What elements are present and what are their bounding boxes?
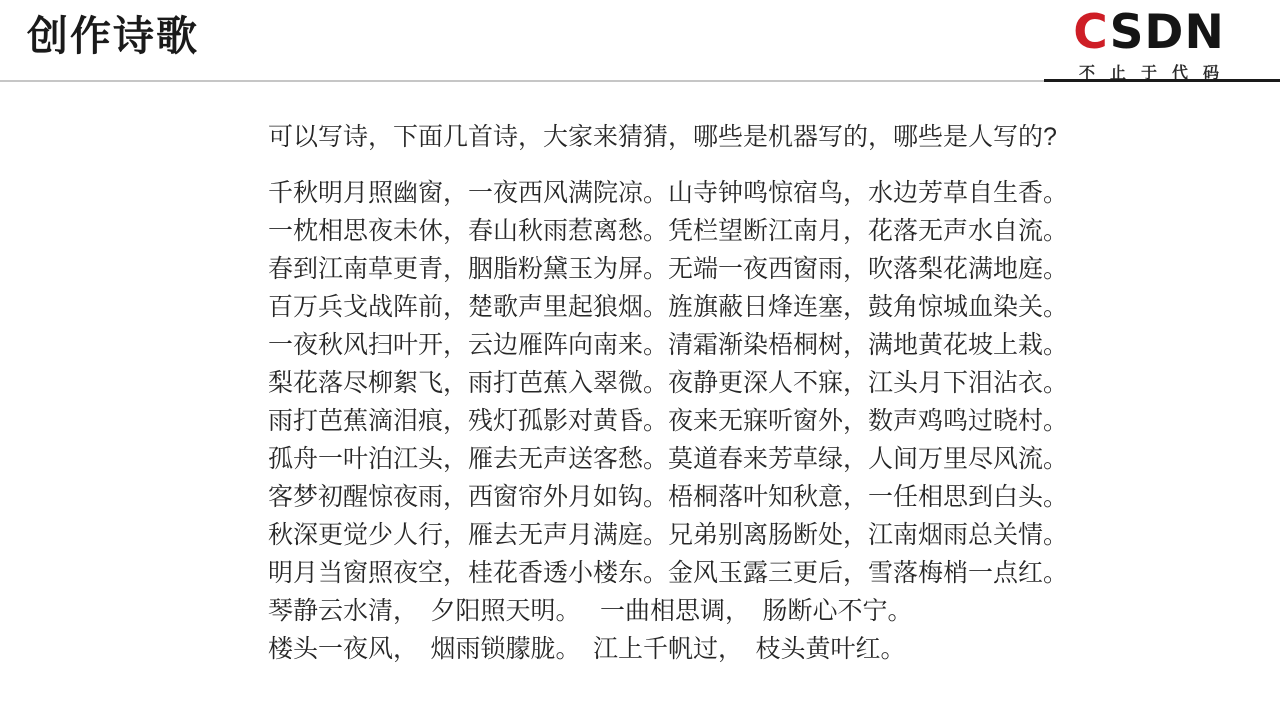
slide: 创作诗歌 CSDN 不止于代码 可以写诗，下面几首诗，大家来猜猜，哪些是机器写的… [0,0,1280,719]
page-title: 创作诗歌 [27,14,199,59]
poem-line: 孤舟一叶泊江头，雁去无声送客愁。莫道春来芳草绿，人间万里尽风流。 [268,440,1028,478]
csdn-logo-sdn-letters: SDN [1110,5,1225,60]
logo-underline [1044,79,1280,82]
poem-line: 秋深更觉少人行，雁去无声月满庭。兄弟别离肠断处，江南烟雨总关情。 [268,516,1028,554]
poem-line: 千秋明月照幽窗，一夜西风满院凉。山寺钟鸣惊宿鸟，水边芳草自生香。 [268,174,1028,212]
poem-line: 楼头一夜风， 烟雨锁朦胧。 江上千帆过， 枝头黄叶红。 [268,630,1028,668]
poem-block: 千秋明月照幽窗，一夜西风满院凉。山寺钟鸣惊宿鸟，水边芳草自生香。 一枕相思夜未休… [268,174,1028,668]
csdn-logo: CSDN 不止于代码 [1044,8,1254,83]
intro-text: 可以写诗，下面几首诗，大家来猜猜，哪些是机器写的，哪些是人写的? [268,118,1028,156]
poem-line: 梨花落尽柳絮飞，雨打芭蕉入翠微。夜静更深人不寐，江头月下泪沾衣。 [268,364,1028,402]
poem-line: 一枕相思夜未休，春山秋雨惹离愁。凭栏望断江南月，花落无声水自流。 [268,212,1028,250]
csdn-wordmark: CSDN [1044,8,1254,57]
poem-line: 一夜秋风扫叶开，云边雁阵向南来。清霜渐染梧桐树，满地黄花坡上栽。 [268,326,1028,364]
poem-line: 春到江南草更青，胭脂粉黛玉为屏。无端一夜西窗雨，吹落梨花满地庭。 [268,250,1028,288]
poem-line: 百万兵戈战阵前，楚歌声里起狼烟。旌旗蔽日烽连塞，鼓角惊城血染关。 [268,288,1028,326]
poem-line: 客梦初醒惊夜雨，西窗帘外月如钩。梧桐落叶知秋意，一任相思到白头。 [268,478,1028,516]
main-content: 可以写诗，下面几首诗，大家来猜猜，哪些是机器写的，哪些是人写的? 千秋明月照幽窗… [268,118,1028,668]
poem-line: 明月当窗照夜空，桂花香透小楼东。金风玉露三更后，雪落梅梢一点红。 [268,554,1028,592]
poem-line: 雨打芭蕉滴泪痕，残灯孤影对黄昏。夜来无寐听窗外，数声鸡鸣过晓村。 [268,402,1028,440]
csdn-logo-c-letter: C [1073,5,1109,60]
poem-line: 琴静云水清， 夕阳照天明。 一曲相思调， 肠断心不宁。 [268,592,1028,630]
